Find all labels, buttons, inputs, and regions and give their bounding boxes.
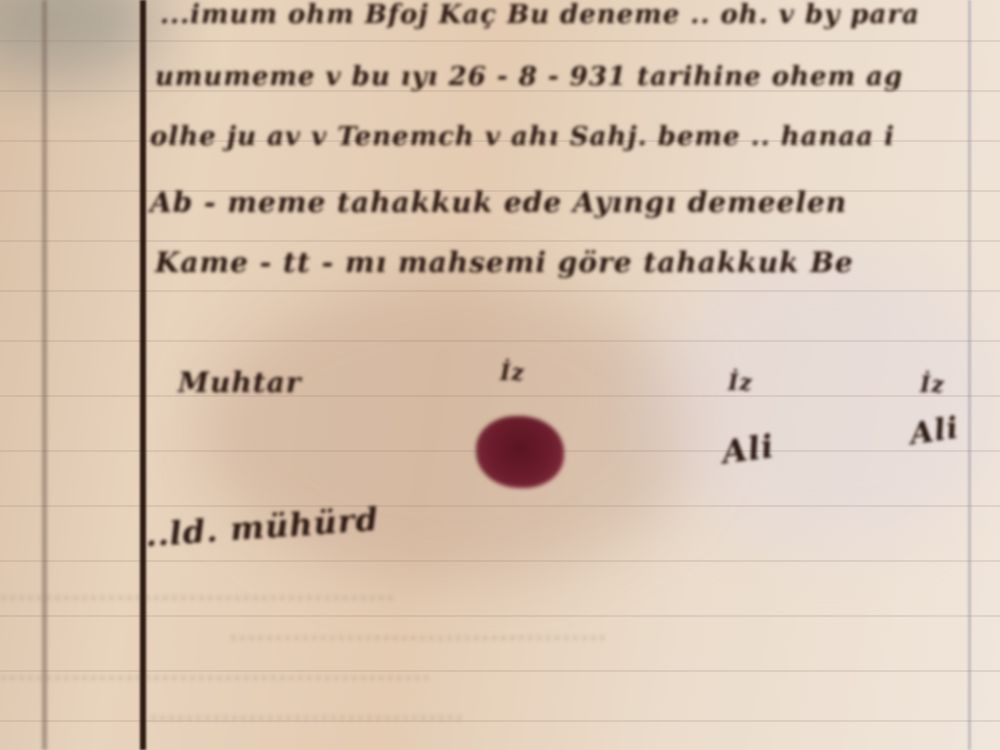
signature-mark: İz [920,372,945,398]
handwritten-line: Kame - tt - mı mahsemi göre tahakkuk Be [155,246,854,279]
faded-text: ........................................… [230,620,608,645]
handwritten-line: olhe ju av v Tenemch v ahı Sahj. beme ..… [150,122,895,152]
signature-name: Ali [720,427,777,472]
handwritten-line: ...imum ohm Bfoj Kaç Bu deneme .. oh. v … [160,0,920,30]
margin-line [42,0,47,750]
faded-text: ........................................… [0,660,432,685]
signature-mark: İz [500,360,525,386]
margin-line-right [968,0,971,750]
faded-text: ................................... [150,700,465,725]
handwritten-line: Ab - meme tahakkuk ede Ayıngı demeelen [150,186,847,219]
margin-line-main [140,0,146,750]
faded-text: ........................................… [0,580,396,605]
document-photo: ...imum ohm Bfoj Kaç Bu deneme .. oh. v … [0,0,1000,750]
signature-muhtar: Muhtar [178,366,302,399]
handwritten-line: umumeme v bu ıyı 26 - 8 - 931 tarihine o… [155,62,903,92]
signature-mark: İz [728,370,753,396]
wax-seal [476,416,564,488]
signature-name: Ali [908,411,961,452]
